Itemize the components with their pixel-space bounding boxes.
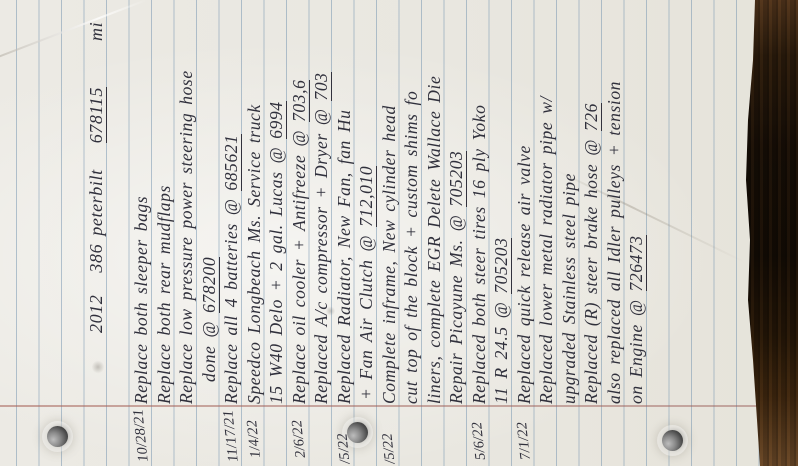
mileage-number: 678200 <box>199 257 220 313</box>
entry-date: /5/22 <box>333 432 354 465</box>
log-line-text: Repair Picayune Ms. @ <box>446 207 466 404</box>
log-line: upgraded Stainless steel pipe <box>559 173 580 404</box>
log-line-text: Replace low pressure power steering hose <box>176 70 196 404</box>
log-line: done @ 678200 <box>199 257 220 382</box>
mileage-number: 726473 <box>626 235 647 291</box>
mileage-number: 705203 <box>446 151 467 207</box>
mileage-number: 685621 <box>221 134 242 190</box>
log-line-text: upgraded Stainless steel pipe <box>559 173 579 404</box>
photo-of-handwritten-maintenance-log: 2012386 peterbilt678115mi 10/28/21Replac… <box>0 0 798 466</box>
log-line-text: cut top of the block + custom shims fo <box>401 91 421 404</box>
mileage-number: 705203 <box>491 238 512 294</box>
log-line: also replaced all Idler pulleys + tensio… <box>604 81 625 404</box>
log-line: Replace both sleeper bags <box>131 196 152 404</box>
log-line-text: + Fan Air Clutch @ <box>356 227 376 400</box>
log-line: Repair Picayune Ms. @ 705203 <box>446 151 467 404</box>
log-line: Replaced (R) steer brake hose @ 726 <box>581 103 602 404</box>
mileage-number: 712,010 <box>356 166 377 227</box>
log-line: Replaced quick release air valve <box>514 145 535 404</box>
log-line-text: Replace oil cooler + Antifreeze @ <box>289 122 309 404</box>
log-line-text: Replace both rear mudflaps <box>154 185 174 404</box>
log-line: Replaced Radiator, New Fan, fan Hu <box>334 110 355 404</box>
log-line-text: Replaced quick release air valve <box>514 145 534 404</box>
log-line-text: also replaced all Idler pulleys + tensio… <box>604 81 624 404</box>
log-line: liners, complete EGR Delete Wallace Die <box>424 76 445 404</box>
log-line-text: 11 R 24.5 @ <box>491 294 511 404</box>
mileage-number: 703,6 <box>289 80 310 122</box>
log-line-text: 15 W40 Delo + 2 gal. Lucas @ <box>266 139 286 404</box>
entry-date: /5/22 <box>378 432 399 465</box>
mileage-number: 703 <box>311 72 332 100</box>
log-line: Speedco Longbeach Ms. Service truck <box>244 104 265 404</box>
log-line: Replace oil cooler + Antifreeze @ 703,6 <box>289 80 310 404</box>
log-line-text: Replaced both steer tires 16 ply Yoko <box>469 105 489 404</box>
log-line: cut top of the block + custom shims fo <box>401 91 422 404</box>
log-line-text: Replaced A/c compressor + Dryer @ <box>311 101 331 404</box>
mileage-unit: mi <box>86 22 106 41</box>
entry-date: 1/4/22 <box>243 419 265 459</box>
log-line: 11 R 24.5 @ 705203 <box>491 238 512 404</box>
log-line-text: Replaced (R) steer brake hose @ <box>581 131 601 404</box>
log-line-text: Replace both sleeper bags <box>131 196 151 404</box>
log-line-text: Replaced lower metal radiator pipe w/ <box>536 96 556 404</box>
log-line-text: liners, complete EGR Delete Wallace Die <box>424 76 444 404</box>
entry-date: 7/1/22 <box>513 421 535 461</box>
truck-year: 2012 <box>86 295 106 333</box>
red-margin-line <box>0 405 798 407</box>
ink-smudge <box>92 360 104 374</box>
log-line: Replace all 4 batteries @ 685621 <box>221 134 242 404</box>
starting-mileage: 678115 <box>86 87 107 143</box>
entry-date: 5/6/22 <box>468 421 490 461</box>
notebook-page: 2012386 peterbilt678115mi 10/28/21Replac… <box>0 0 798 466</box>
log-line: Replaced both steer tires 16 ply Yoko <box>469 105 490 404</box>
log-line-text: Complete inframe, New cylinder head <box>379 105 399 404</box>
log-line: on Engine @ 726473 <box>626 235 647 404</box>
log-line-text: Replaced Radiator, New Fan, fan Hu <box>334 110 354 404</box>
log-line: Replace both rear mudflaps <box>154 185 175 404</box>
log-line: Replace low pressure power steering hose <box>176 70 197 404</box>
log-header: 2012386 peterbilt678115mi <box>86 22 107 333</box>
entry-date: 2/6/22 <box>288 419 310 459</box>
log-line: Replaced A/c compressor + Dryer @ 703 <box>311 72 332 404</box>
log-line: 15 W40 Delo + 2 gal. Lucas @ 6994 <box>266 101 287 404</box>
log-line-text: Replace all 4 batteries @ <box>221 191 241 404</box>
truck-model: 386 peterbilt <box>86 169 106 272</box>
mileage-number: 726 <box>581 103 602 131</box>
mileage-number: 6994 <box>266 101 287 138</box>
log-line: + Fan Air Clutch @ 712,010 <box>356 166 377 400</box>
log-line-text: done @ <box>199 313 219 382</box>
log-line: Complete inframe, New cylinder head <box>379 105 400 404</box>
punch-hole <box>662 430 683 451</box>
log-line-text: on Engine @ <box>626 292 646 405</box>
log-line: Replaced lower metal radiator pipe w/ <box>536 96 557 404</box>
log-line-text: Speedco Longbeach Ms. Service truck <box>244 104 264 404</box>
punch-hole <box>47 426 68 447</box>
